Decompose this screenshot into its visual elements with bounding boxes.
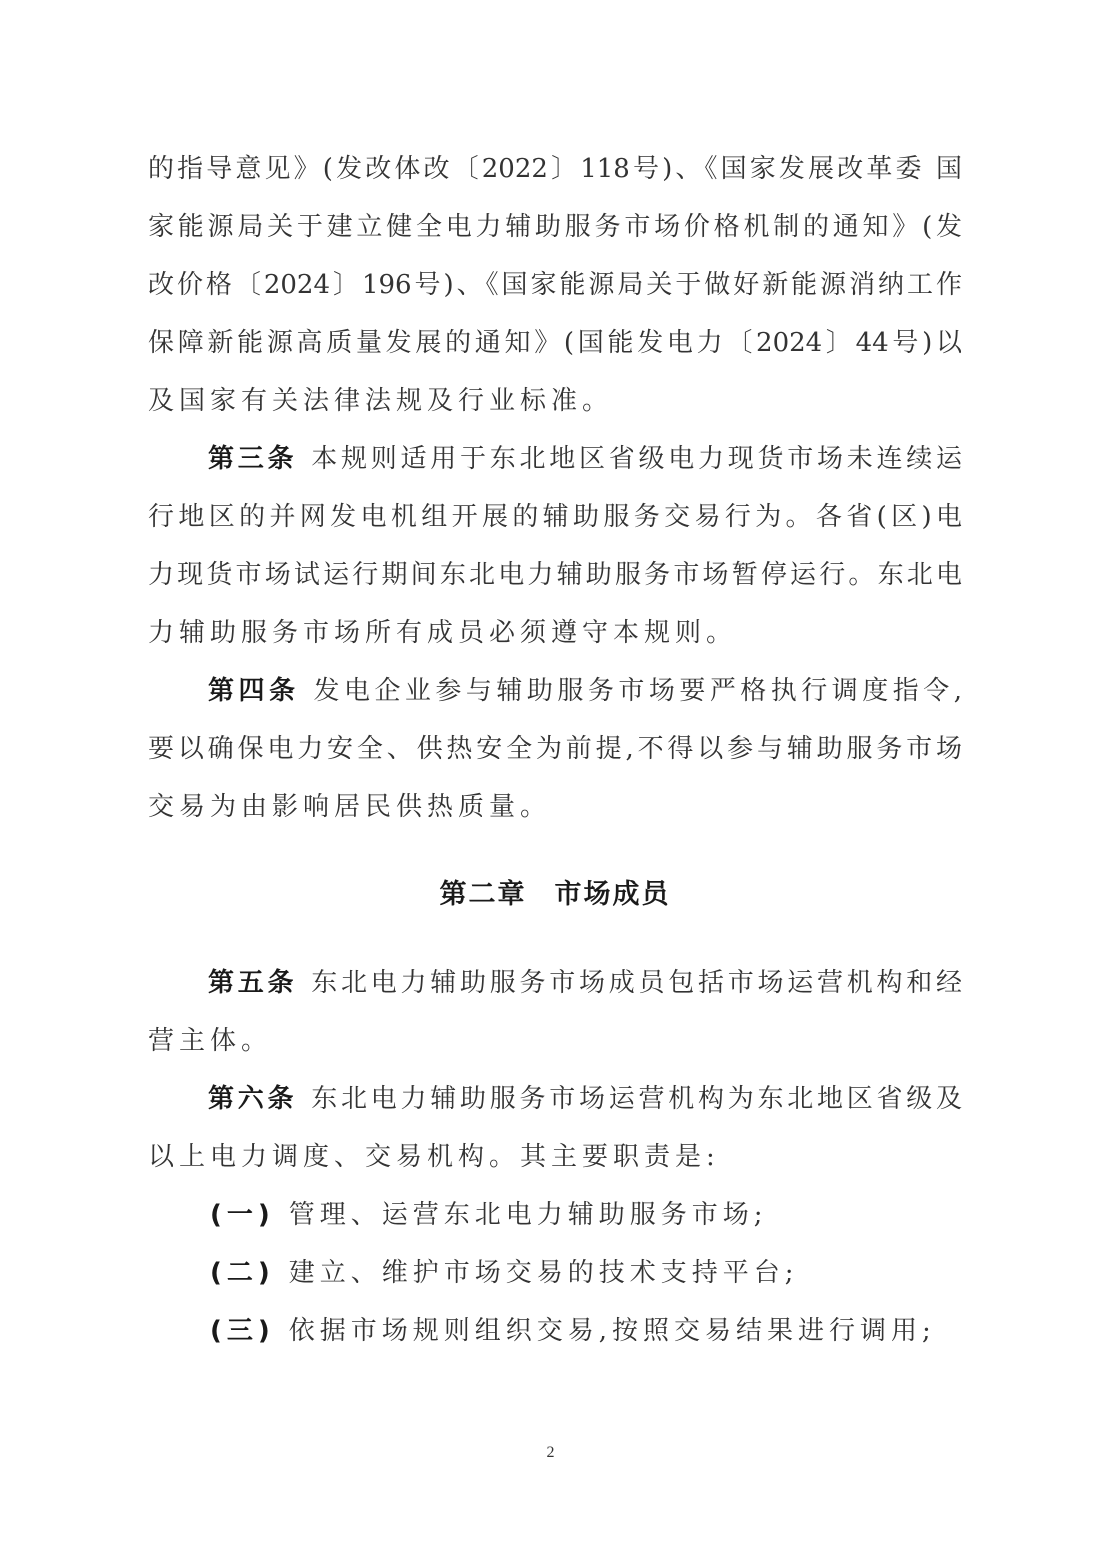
duty-text: 建立、维护市场交易的技术支持平台; [289,1258,799,1288]
article-text: 东北电力辅助服务市场成员包括市场运营机构和经 [311,968,962,998]
article-label: 第三条 [208,444,297,474]
duty-text: 管理、运营东北电力辅助服务市场; [289,1200,768,1230]
article-5-line: 营主体。 [148,1012,962,1070]
article-4-line: 要以确保电力安全、供热安全为前提,不得以参与辅助服务市场 [148,720,962,778]
intro-line: 的指导意见》(发改体改〔2022〕118号)、《国家发展改革委 国 [148,140,962,198]
intro-line: 及国家有关法律法规及行业标准。 [148,372,962,430]
chapter-heading: 第二章市场成员 [148,866,962,924]
intro-line: 家能源局关于建立健全电力辅助服务市场价格机制的通知》(发 [148,198,962,256]
article-3-line: 力辅助服务市场所有成员必须遵守本规则。 [148,604,962,662]
article-text: 东北电力辅助服务市场运营机构为东北地区省级及 [311,1084,962,1114]
duty-text: 依据市场规则组织交易,按照交易结果进行调用; [289,1316,936,1346]
intro-line: 保障新能源高质量发展的通知》(国能发电力〔2024〕44号)以 [148,314,962,372]
duty-number: (一) [210,1200,275,1230]
document-page: 的指导意见》(发改体改〔2022〕118号)、《国家发展改革委 国 家能源局关于… [0,0,1101,1558]
chapter-number: 第二章 [440,879,527,910]
article-6-line: 以上电力调度、交易机构。其主要职责是: [148,1128,962,1186]
page-number: 2 [0,1444,1101,1462]
article-label: 第六条 [208,1084,297,1114]
article-6-first-line: 第六条东北电力辅助服务市场运营机构为东北地区省级及 [148,1070,962,1128]
document-body: 的指导意见》(发改体改〔2022〕118号)、《国家发展改革委 国 家能源局关于… [148,140,962,1360]
duty-item: (一)管理、运营东北电力辅助服务市场; [148,1186,962,1244]
article-4-first-line: 第四条发电企业参与辅助服务市场要严格执行调度指令, [148,662,962,720]
article-3-line: 力现货市场试运行期间东北电力辅助服务市场暂停运行。东北电 [148,546,962,604]
article-4-line: 交易为由影响居民供热质量。 [148,778,962,836]
intro-line: 改价格〔2024〕196号)、《国家能源局关于做好新能源消纳工作 [148,256,962,314]
chapter-title: 市场成员 [555,879,671,910]
duty-item: (二)建立、维护市场交易的技术支持平台; [148,1244,962,1302]
article-5-first-line: 第五条东北电力辅助服务市场成员包括市场运营机构和经 [148,954,962,1012]
duty-item: (三)依据市场规则组织交易,按照交易结果进行调用; [148,1302,962,1360]
duty-number: (三) [210,1316,275,1346]
article-3-line: 行地区的并网发电机组开展的辅助服务交易行为。各省(区)电 [148,488,962,546]
duty-number: (二) [210,1258,275,1288]
article-label: 第四条 [208,676,299,706]
article-3-first-line: 第三条本规则适用于东北地区省级电力现货市场未连续运 [148,430,962,488]
article-text: 发电企业参与辅助服务市场要严格执行调度指令, [313,676,962,706]
article-label: 第五条 [208,968,297,998]
article-text: 本规则适用于东北地区省级电力现货市场未连续运 [311,444,962,474]
